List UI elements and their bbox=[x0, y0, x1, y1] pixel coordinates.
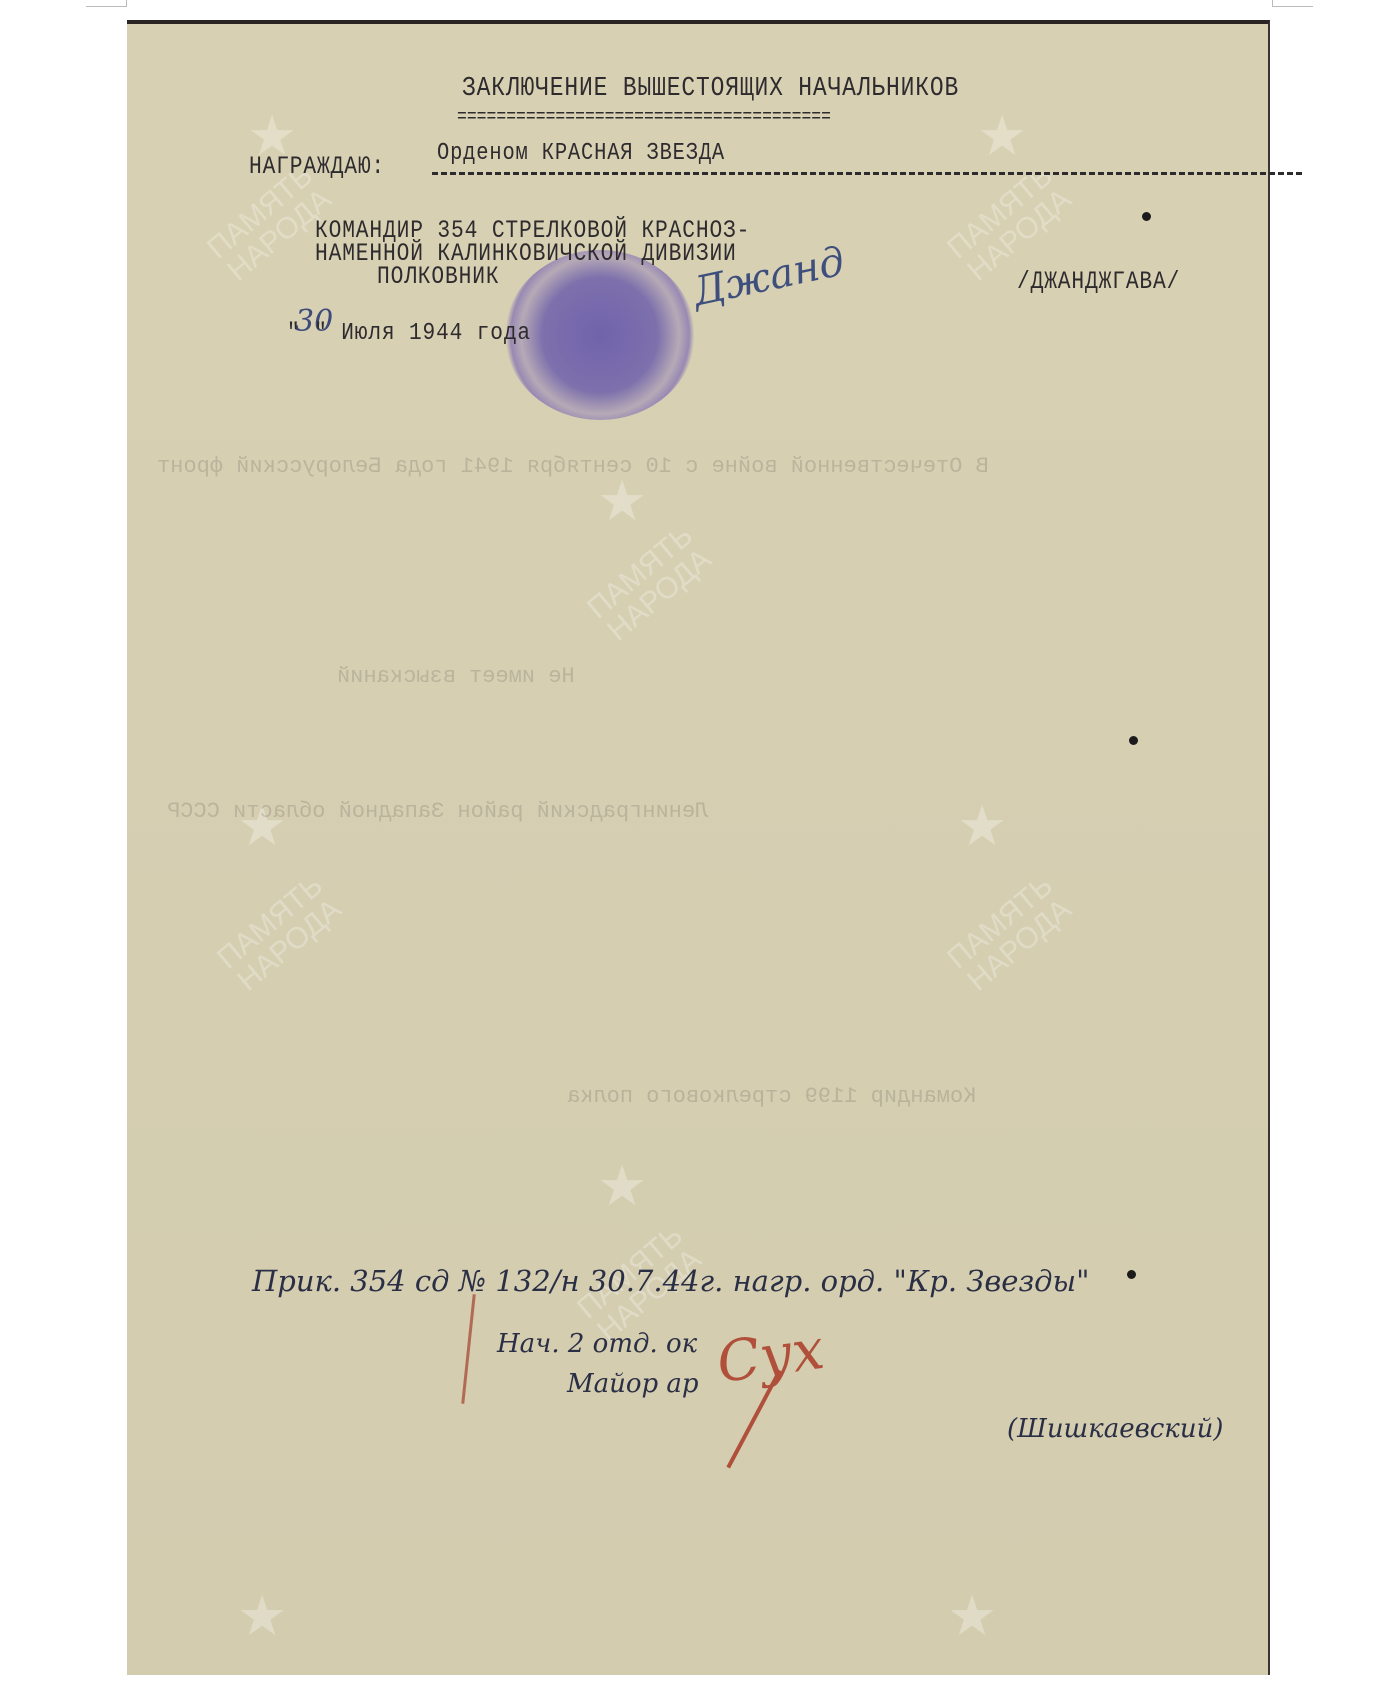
signer-name: /ДЖАНДЖГАВА/ bbox=[1017, 267, 1180, 296]
watermark-text: ПАМЯТЬ НАРОДА bbox=[942, 870, 1077, 997]
watermark-star-icon: ★ bbox=[237, 1584, 287, 1649]
bleed-through-text: Ленинградский район Западной области ССС… bbox=[167, 799, 708, 824]
award-dashed-line bbox=[432, 172, 1302, 175]
handwritten-rank: Майор ар bbox=[567, 1369, 699, 1399]
handwritten-order-note: Прик. 354 сд № 132/н 30.7.44г. нагр. орд… bbox=[252, 1264, 1090, 1298]
title-underline: ====================================== bbox=[457, 106, 831, 129]
punch-hole bbox=[1127, 1270, 1136, 1279]
award-value: Орденом КРАСНАЯ ЗВЕЗДА bbox=[437, 140, 725, 167]
watermark-star-icon: ★ bbox=[957, 794, 1007, 859]
right-crop-mark bbox=[1272, 0, 1313, 7]
bleed-through-text: Не имеет взысканий bbox=[337, 664, 575, 689]
watermark-text: ПАМЯТЬ НАРОДА bbox=[212, 870, 347, 997]
handwritten-department-head: Нач. 2 отд. ок bbox=[497, 1329, 697, 1359]
bleed-through-text: В Отечественной войне с 10 сентября 1941… bbox=[157, 454, 989, 479]
handwritten-surname: (Шишкаевский) bbox=[1007, 1414, 1223, 1444]
watermark-star-icon: ★ bbox=[947, 1584, 997, 1649]
date-text: " " Июля 1944 года bbox=[287, 320, 531, 347]
punch-hole bbox=[1129, 736, 1138, 745]
left-crop-mark bbox=[86, 0, 127, 7]
red-pencil-mark bbox=[461, 1294, 475, 1404]
seal-stamp bbox=[505, 250, 695, 420]
document-title: ЗАКЛЮЧЕНИЕ ВЫШЕСТОЯЩИХ НАЧАЛЬНИКОВ bbox=[462, 74, 959, 104]
award-label: НАГРАЖДАЮ: bbox=[249, 152, 385, 181]
punch-hole bbox=[1142, 212, 1151, 221]
watermark-star-icon: ★ bbox=[977, 104, 1027, 169]
watermark-text: ПАМЯТЬ НАРОДА bbox=[582, 520, 717, 647]
bleed-through-text: Командир 1199 стрелкового полка bbox=[567, 1084, 976, 1109]
commander-rank: ПОЛКОВНИК bbox=[377, 265, 499, 288]
document-page: ★ ПАМЯТЬ НАРОДА ★ ПАМЯТЬ НАРОДА ★ ПАМЯТЬ… bbox=[127, 20, 1270, 1675]
watermark-star-icon: ★ bbox=[597, 1154, 647, 1219]
